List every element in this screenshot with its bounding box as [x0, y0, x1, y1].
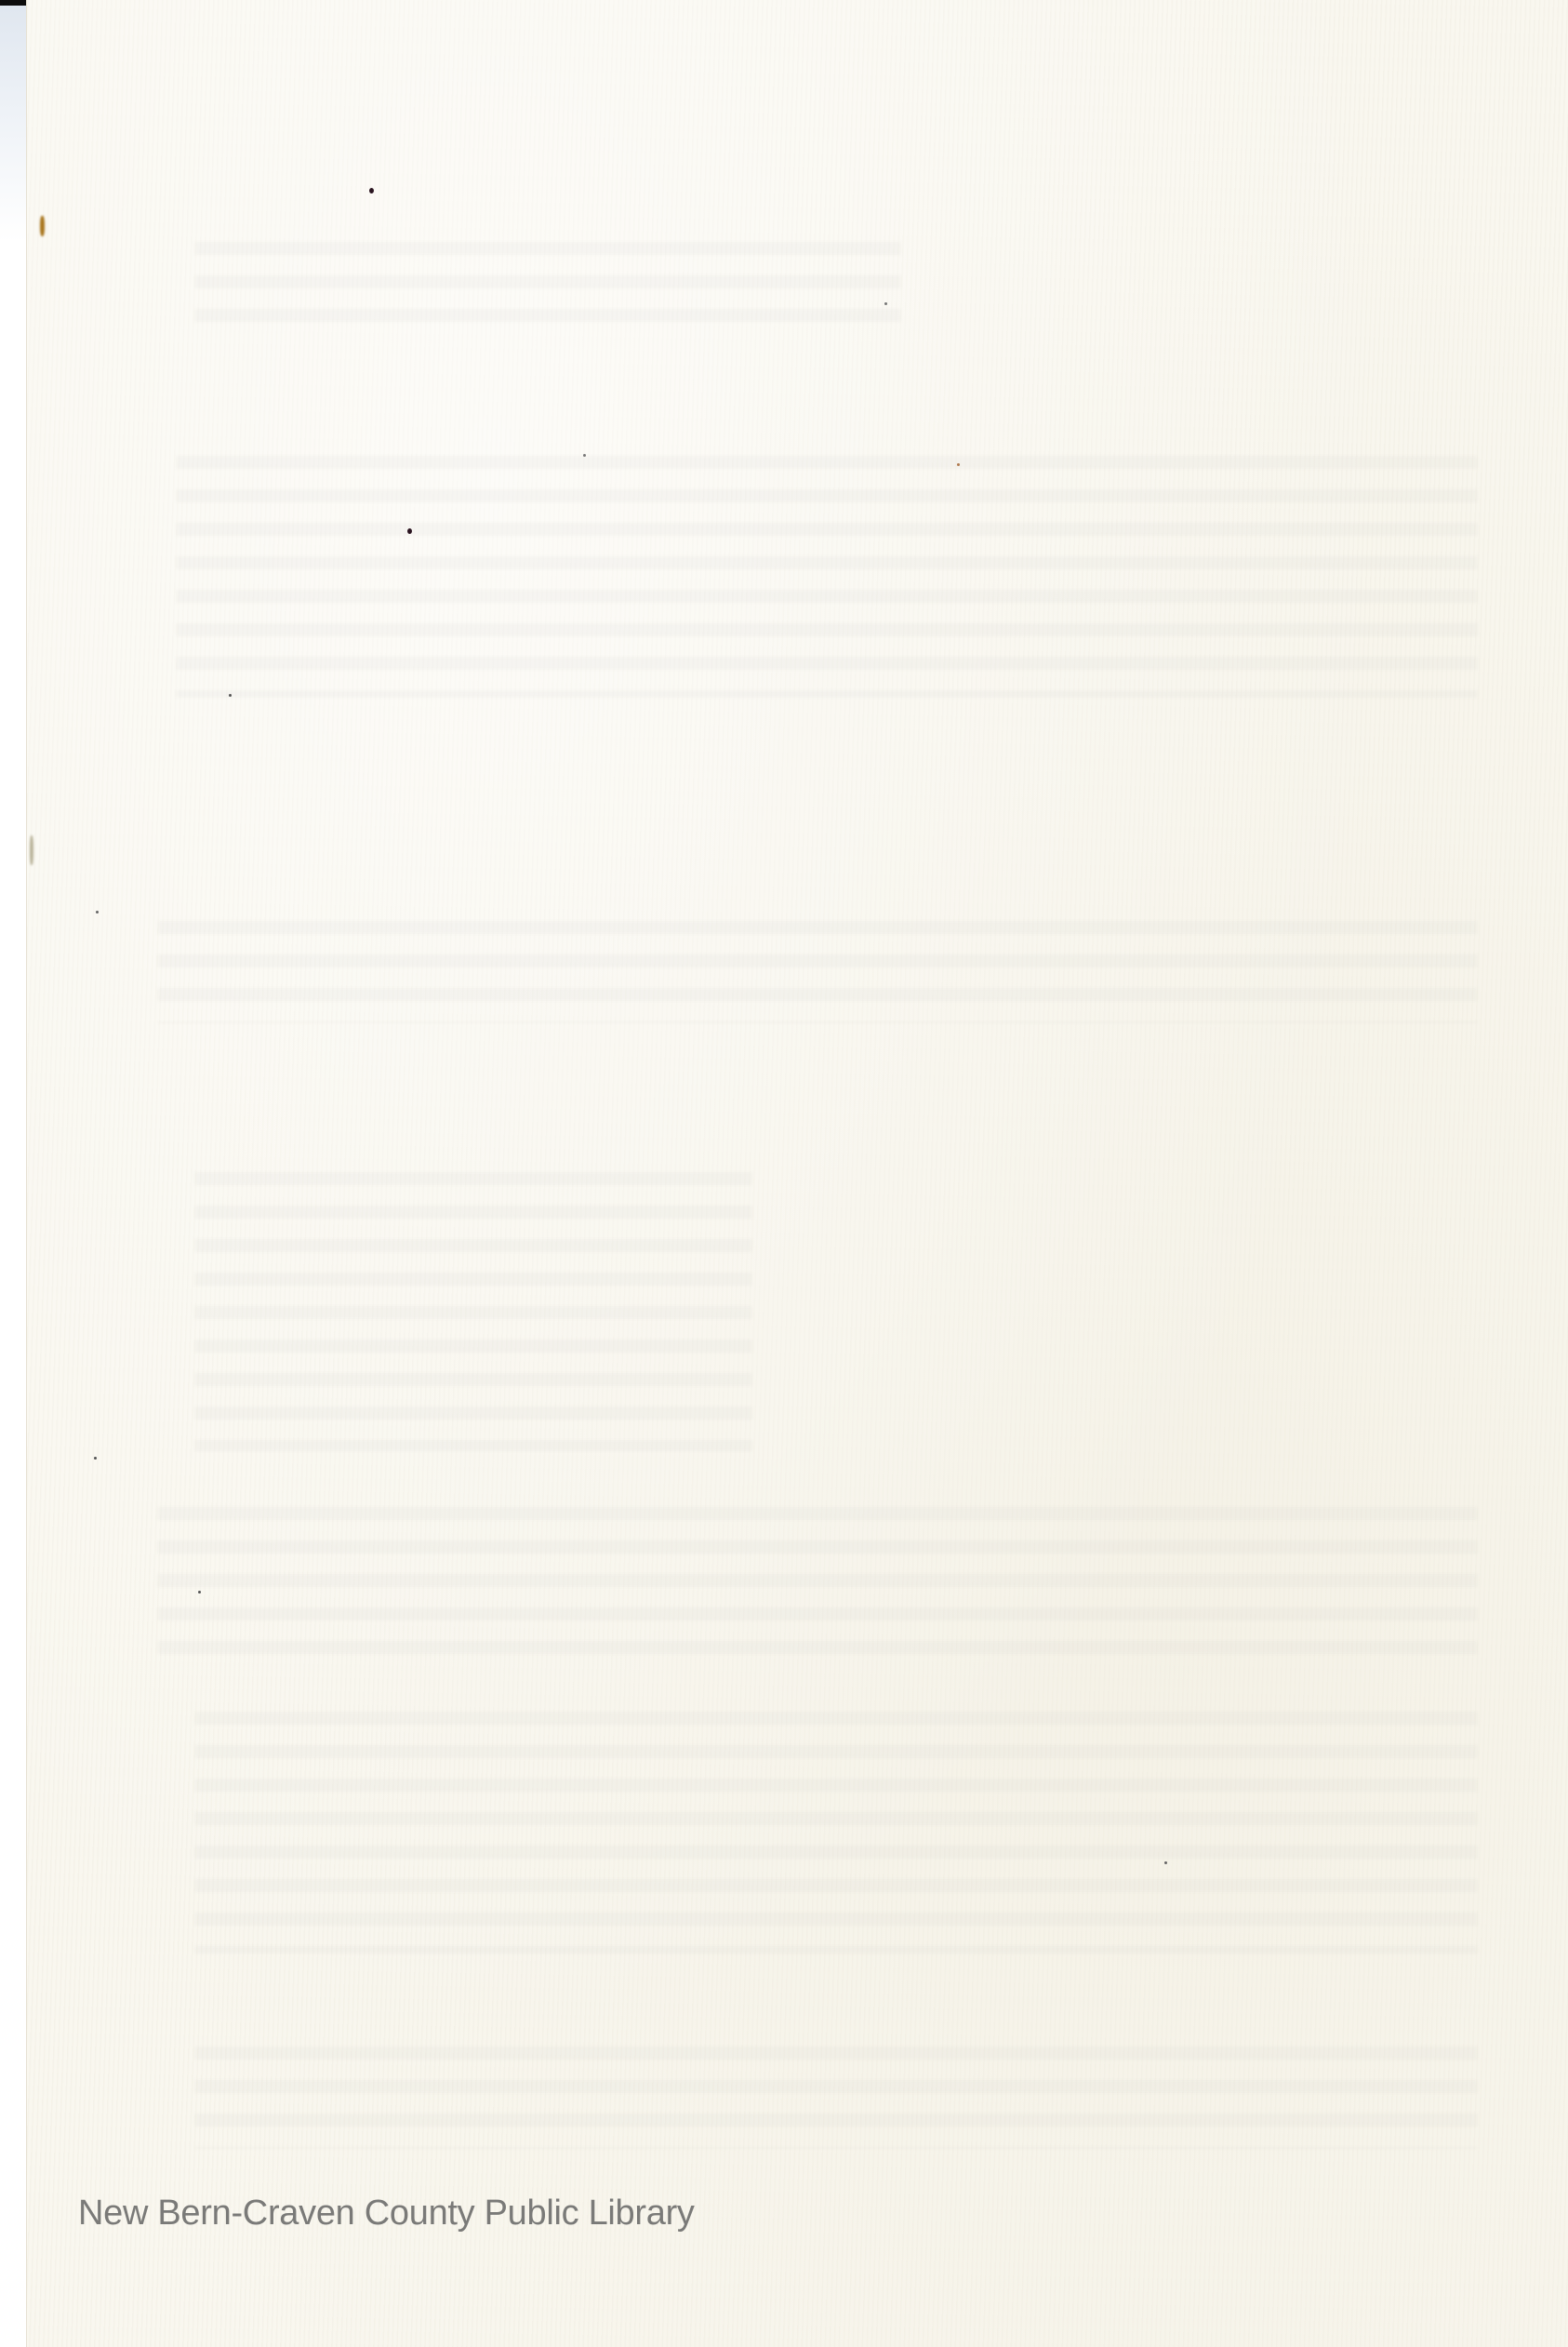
ink-speck — [407, 528, 412, 534]
stain-mark — [30, 835, 33, 865]
ink-speck — [957, 463, 960, 466]
bleed-through-block — [194, 1172, 752, 1451]
scanned-page — [26, 0, 1568, 2347]
library-watermark: New Bern-Craven County Public Library — [78, 2194, 695, 2234]
bleed-through-block — [194, 1712, 1478, 1954]
bleed-through-block — [194, 242, 901, 326]
ink-speck — [884, 302, 887, 305]
ink-speck — [229, 694, 232, 697]
bleed-through-block — [194, 2047, 1478, 2149]
ink-speck — [94, 1457, 97, 1460]
bleed-through-block — [157, 1507, 1478, 1656]
bleed-through-block — [176, 456, 1478, 698]
ink-speck — [583, 454, 586, 457]
ink-speck — [1164, 1861, 1167, 1864]
stain-mark — [40, 216, 45, 236]
ink-speck — [198, 1591, 201, 1594]
bleed-through-block — [157, 921, 1478, 1023]
ink-speck — [369, 188, 374, 193]
ink-speck — [96, 911, 99, 913]
